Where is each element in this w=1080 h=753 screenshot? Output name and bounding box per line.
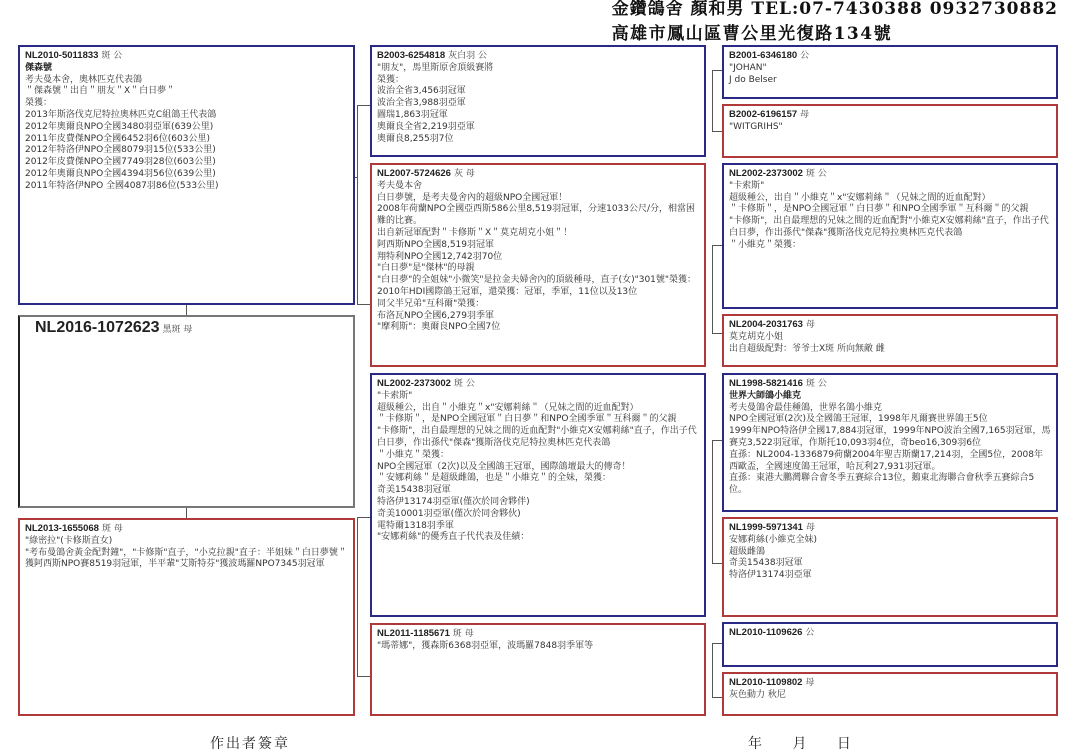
dam-dam-card: NL2011-1185671斑 母 "瑪蒂娜"，獲森斯6368羽亞軍，波瑪羅78…	[370, 623, 706, 716]
info-line: ＂卡修斯＂，是NPO全國冠軍＂白日夢＂和NPO全國季軍＂互科爾＂的父親	[729, 204, 1051, 216]
color-sex: 斑 公	[454, 379, 475, 389]
info-line: 同父半兄弟"互科爾"榮獲：	[377, 299, 699, 311]
info-line: 榮獲：	[377, 75, 699, 87]
breeder-address: 高雄市鳳山區曹公里光復路134號	[612, 19, 1058, 44]
connector-dam-bottom	[357, 676, 370, 677]
info-line: 超級雌鴿	[729, 547, 1051, 559]
info-line: "卡修斯"，出自最理想的兄妹之間的近血配對"小維克X安娜莉絲"直子，作出子代白日…	[729, 216, 1051, 240]
info-line: NPO全國冠軍(2次)及全國鴿王冠軍，1998年凡爾賽世界鴿王5位	[729, 414, 1051, 426]
connector-ds-top	[712, 440, 722, 441]
ring-number: NL2011-1185671	[377, 628, 450, 639]
info-line: "JOHAN"	[729, 63, 1051, 75]
connector-dd-top	[712, 643, 722, 644]
info-line: "朋友"，馬里斯原舍頂級賽將	[377, 63, 699, 75]
ring-number: B2002-6196157	[729, 109, 797, 120]
info-line: 奧爾良8,255羽7位	[377, 134, 699, 146]
sire-sire-card: B2003-6254818灰白羽 公 "朋友"，馬里斯原舍頂級賽將 榮獲： 波治…	[370, 45, 706, 157]
pigeon-name: 傑森號	[25, 63, 348, 75]
info-line: 出自超級配對：爷爷士X斑 所向無敵 雌	[729, 344, 1051, 356]
connector-ss-branch	[712, 70, 713, 132]
info-line: 2010年HDI國際鴿王冠軍，還榮獲：冠軍，季軍，11位以及13位	[377, 287, 699, 299]
color-sex: 母	[800, 110, 809, 120]
color-sex: 公	[800, 51, 809, 61]
info-line: 考夫曼本舍，奧林匹克代表鴿	[25, 75, 348, 87]
color-sex: 母	[806, 320, 815, 330]
dam-card: NL2013-1655068斑 母 "綠密拉"(卡修斯直女) "考布曼鴿舍黃金配…	[18, 518, 355, 716]
info-line: ＂傑森號＂出自＂朋友＂X＂白日夢＂	[25, 86, 348, 98]
color-sex: 斑 公	[806, 169, 827, 179]
info-line: 2011年皮費傑NPO全國6452羽6位(603公里)	[25, 134, 348, 146]
ring-number: NL1999-5971341	[729, 522, 803, 533]
info-line: 2008年荷蘭NPO全國亞西斯586公里8,519羽冠軍，分速1033公尺/分，…	[377, 204, 699, 228]
info-line: J do Belser	[729, 75, 1051, 87]
info-line: 直孫：NL2004-1336879荷蘭2004年聖吉斯蘭17,214羽，全國5位…	[729, 450, 1051, 474]
color-sex: 公	[805, 628, 814, 638]
info-line: 波治全省3,456羽冠軍	[377, 86, 699, 98]
info-line: 2012年奧爾良NPO全國3480羽亞軍(639公里)	[25, 122, 348, 134]
info-line: "瑪蒂娜"，獲森斯6368羽亞軍，波瑪羅7848羽季軍等	[377, 641, 699, 653]
connector-sire-branch	[357, 105, 358, 305]
color-sex: 斑 母	[453, 629, 474, 639]
subject-ring-number: NL2016-1072623	[35, 319, 160, 336]
info-line: ＂小維克＂榮獲：	[377, 450, 699, 462]
info-line: "白日夢"是"傑林"的母親	[377, 263, 699, 275]
sire-dam-card: NL2007-5724626灰 母 考夫曼本舍 白日夢號，是考夫曼舍內的超級NP…	[370, 163, 706, 367]
ring-number: NL2010-1109802	[729, 677, 802, 688]
ring-number: B2001-6346180	[729, 50, 797, 61]
info-line: 阿西斯NPO全國8,519羽冠軍	[377, 240, 699, 252]
info-line: 2011年特洛伊NPO 全國4087羽86位(533公里)	[25, 181, 348, 193]
color-sex: 灰白羽 公	[448, 51, 487, 61]
info-line: 考夫曼鴿舍最佳種鴿，世界名鴿小維克	[729, 403, 1051, 415]
connector-sire-bottom	[357, 304, 370, 305]
connector-sire-top	[357, 105, 370, 106]
color-sex: 斑 公	[101, 51, 122, 61]
info-line: 電特爾1318羽季軍	[377, 521, 699, 533]
info-line: "卡索斯"	[377, 391, 699, 403]
info-line: 榮獲：	[25, 98, 348, 110]
date-label: 年 月 日	[748, 733, 853, 753]
connector-sd-top	[712, 245, 722, 246]
pigeon-name: 世界大師鴿小維克	[729, 391, 1051, 403]
ring-number: NL2007-5724626	[377, 168, 451, 179]
info-line: "白日夢"的全姐妹"小微笑"是拉金夫婦舍內的頂級種母，直子(女)"301號"榮獲…	[377, 275, 699, 287]
ss-dam-card: B2002-6196157母 "WITGRIHS"	[722, 104, 1058, 158]
ring-number: NL2013-1655068	[25, 523, 99, 534]
info-line: 特洛伊13174羽亞軍	[729, 570, 1051, 582]
connector-sd-bottom	[712, 333, 722, 334]
info-line: 2012年特洛伊NPO全國8079羽15位(533公里)	[25, 145, 348, 157]
ring-number: NL2002-2373002	[729, 168, 803, 179]
info-line: 奇美15438羽冠軍	[377, 485, 699, 497]
color-sex: 母	[805, 678, 814, 688]
color-sex: 母	[806, 523, 815, 533]
color-sex: 斑 母	[102, 524, 123, 534]
subject-card: NL2016-1072623黑斑 母	[18, 315, 355, 508]
info-line: 布洛瓦NPO全國6,279羽季軍	[377, 311, 699, 323]
sire-card: NL2010-5011833斑 公 傑森號 考夫曼本舍，奧林匹克代表鴿 ＂傑森號…	[18, 45, 355, 305]
ring-number: NL2010-5011833	[25, 50, 98, 61]
info-line: 莫克胡克小姐	[729, 332, 1051, 344]
info-line: 考夫曼本舍	[377, 181, 699, 193]
connector-dam-branch	[357, 517, 358, 677]
info-line: 2012年皮費傑NPO全國7749羽28位(603公里)	[25, 157, 348, 169]
info-line: 超級種公，出自＂小維克＂x"安娜莉絲＂（兄妹之間的近血配對）	[729, 193, 1051, 205]
connector-sd-branch	[712, 245, 713, 333]
ds-sire-card: NL1998-5821416斑 公 世界大師鴿小維克 考夫曼鴿舍最佳種鴿，世界名…	[722, 373, 1058, 512]
info-line: 翔特利NPO全國12,742羽70位	[377, 252, 699, 264]
ring-number: B2003-6254818	[377, 50, 445, 61]
ds-dam-card: NL1999-5971341母 安娜莉絲(小維克全妹) 超級雌鴿 奇美15438…	[722, 517, 1058, 617]
info-line: ＂卡修斯＂，是NPO全國冠軍＂白日夢＂和NPO全國季軍＂互科爾＂的父親	[377, 414, 699, 426]
ring-number: NL1998-5821416	[729, 378, 803, 389]
info-line: 出自新冠軍配對＂卡修斯＂X＂莫克胡克小姐＂！	[377, 228, 699, 240]
connector-dam-top	[357, 517, 370, 518]
info-line: "摩利斯"：奧爾良NPO全國7位	[377, 322, 699, 334]
info-line: 安娜莉絲(小維克全妹)	[729, 535, 1051, 547]
breeder-header: 金鑽鴿舍 顏和男 TEL:07-7430388 0932730882 高雄市鳳山…	[612, 0, 1058, 44]
info-line: 1999年NPO特洛伊全國17,884羽冠軍，1999年NPO波治全國7,165…	[729, 426, 1051, 450]
dd-dam-card: NL2010-1109802母 灰色動力 秋尼	[722, 672, 1058, 716]
info-line: 白日夢號，是考夫曼舍內的超級NPO全國冠軍！	[377, 193, 699, 205]
info-line: "考布曼鴿舍黃金配對鐘"，"卡修斯"直子，"小克拉親"直子：半姐妹＂白日夢號＂獲…	[25, 548, 348, 572]
info-line: 特洛伊13174羽亞軍(僅次於同舍夥伴)	[377, 497, 699, 509]
color-sex: 斑 公	[806, 379, 827, 389]
info-line: "安娜莉絲"的優秀直子代代表及佳績：	[377, 532, 699, 544]
ring-number: NL2010-1109626	[729, 627, 802, 638]
ring-number: NL2004-2031763	[729, 319, 803, 330]
info-line: 奇美10001羽亞軍(僅次於同舍夥伙)	[377, 509, 699, 521]
info-line: 圖瑞1,863羽冠軍	[377, 110, 699, 122]
info-line: 超級種公，出自＂小維克＂x"安娜莉絲＂（兄妹之間的近血配對）	[377, 403, 699, 415]
color-sex: 灰 母	[454, 169, 475, 179]
info-line: "卡索斯"	[729, 181, 1051, 193]
info-line: 奇美15438羽冠軍	[729, 558, 1051, 570]
info-line: 2012年奧爾良NPO全國4394羽56位(639公里)	[25, 169, 348, 181]
info-line: "綠密拉"(卡修斯直女)	[25, 536, 348, 548]
ring-number: NL2002-2373002	[377, 378, 451, 389]
subject-color-sex: 黑斑 母	[163, 325, 193, 335]
ss-sire-card: B2001-6346180公 "JOHAN" J do Belser	[722, 45, 1058, 99]
breeder-contact: 金鑽鴿舍 顏和男 TEL:07-7430388 0932730882	[612, 0, 1058, 19]
info-line: 2013年斯洛伐克尼特拉奧林匹克C組鴿王代表鴿	[25, 110, 348, 122]
connector-dd-bottom	[712, 697, 722, 698]
connector-ss-top	[712, 70, 722, 71]
info-line: ＂小維克＂榮獲：	[729, 240, 1051, 252]
info-line: ＂安娜莉絲＂是超級雌鴿，也是＂小維克＂的全妹，榮獲：	[377, 473, 699, 485]
info-line: 奧爾良全省2,219羽亞軍	[377, 122, 699, 134]
dam-sire-card: NL2002-2373002斑 公 "卡索斯" 超級種公，出自＂小維克＂x"安娜…	[370, 373, 706, 617]
connector-ds-bottom	[712, 563, 722, 564]
info-line: 灰色動力 秋尼	[729, 690, 1051, 702]
info-line: 直孫：東港大鵬灣聯合會冬季五賽綜合13位，鵝東北海聯合會秋季五賽綜合5位。	[729, 473, 1051, 497]
info-line: "卡修斯"，出自最理想的兄妹之間的近血配對"小維克X安娜莉絲"直子，作出子代白日…	[377, 426, 699, 450]
connector-dd-branch	[712, 643, 713, 698]
info-line: "WITGRIHS"	[729, 122, 1051, 134]
connector-ss-bottom	[712, 131, 722, 132]
sd-sire-card: NL2002-2373002斑 公 "卡索斯" 超級種公，出自＂小維克＂x"安娜…	[722, 163, 1058, 309]
connector-ds-branch	[712, 440, 713, 563]
sd-dam-card: NL2004-2031763母 莫克胡克小姐 出自超級配對：爷爷士X斑 所向無敵…	[722, 314, 1058, 367]
info-line: 波治全省3,988羽亞軍	[377, 98, 699, 110]
signature-label: 作出者簽章	[210, 733, 290, 753]
info-line: NPO全國冠軍（2次)以及全國鴿王冠軍，國際鴿壇最大的傳奇！	[377, 462, 699, 474]
dd-sire-card: NL2010-1109626公	[722, 622, 1058, 667]
